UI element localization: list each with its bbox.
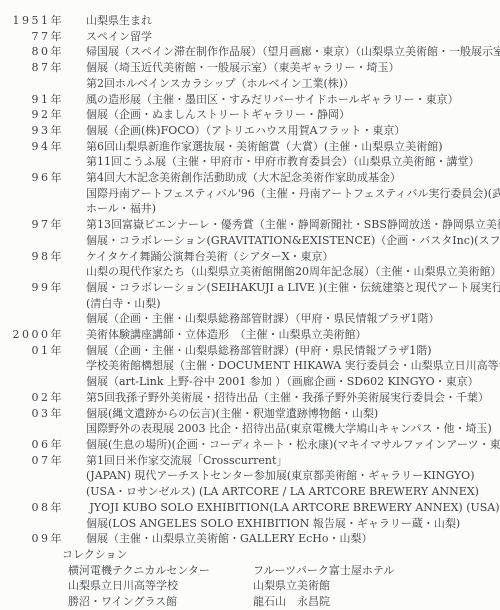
entry-year: 96年 [0, 170, 64, 186]
entry-lines: 個展(縄文遺跡からの伝言)(主催・釈迦堂遺跡博物館・山梨)国際野外の表現展 20… [86, 406, 500, 437]
entry-line: 個展・コラボレーション(GRAVITATION&EXISTENCE)（企画・バス… [86, 233, 500, 249]
entry-line: 第5回我孫子野外美術展・招待出品（主催・我孫子野外美術展実行委員会・千葉） [86, 390, 500, 406]
entry-line: 個展（企画・主催・山梨県総務部管財課）（甲府・県民情報プラザ1階） [86, 311, 500, 327]
entry-line: 第13回富嶽ビエンナーレ・優秀賞（主催・静岡新聞社・SBS静岡放送・静岡県立美術… [86, 217, 500, 233]
chronology-entry: 02年第5回我孫子野外美術展・招待出品（主催・我孫子野外美術展実行委員会・千葉） [0, 390, 500, 406]
chronology-entry: 01年個展（企画・主催・山梨県総務部管財課）(甲府・県民情報プラザ1階)学校美術… [0, 343, 500, 390]
collection-item: 山梨県立美術館 [253, 578, 330, 594]
entry-year: 99年 [0, 280, 64, 296]
entry-lines: 山梨県生まれ [86, 13, 500, 29]
entry-year: 91年 [0, 92, 64, 108]
entry-line: 学校美術館構想展（主催・DOCUMENT HIKAWA 実行委員会・山梨県立日川… [86, 358, 500, 374]
collection-title: コレクション [62, 547, 500, 563]
entry-line: 個展(縄文遺跡からの伝言)(主催・釈迦堂遺跡博物館・山梨) [86, 406, 500, 422]
collection-list: 横河電機テクニカルセンターフルーツパーク富士屋ホテル山梨県立日川高等学校山梨県立… [0, 563, 500, 610]
entry-lines: 個展（企画・ぬましんストリートギャラリー・静岡） [86, 107, 500, 123]
entry-year: 06年 [0, 437, 64, 453]
entry-year: 93年 [0, 123, 64, 139]
entry-line: 個展（art-Link 上野-谷中 2001 参加 ）（画廊企画・SD602 K… [86, 374, 500, 390]
resume-document: 1951年山梨県生まれ77年スペイン留学80年帰国展（スペイン滞在制作作品展）（… [0, 0, 500, 610]
entry-lines: 個展（企画・主催・山梨県総務部管財課）(甲府・県民情報プラザ1階)学校美術館構想… [86, 343, 500, 390]
entry-line: 美術体験講座講師・立体造形 （主催・山梨県立美術館） [86, 327, 500, 343]
chronology-entry: 2000年美術体験講座講師・立体造形 （主催・山梨県立美術館） [0, 327, 500, 343]
entry-year: 2000年 [0, 327, 64, 343]
entry-line: 個展(LOS ANGELES SOLO EXHIBITION 報告展・ギャラリー… [86, 516, 500, 532]
chronology-entry: 03年個展(縄文遺跡からの伝言)(主催・釈迦堂遺跡博物館・山梨)国際野外の表現展… [0, 406, 500, 437]
collection-item: 勝沼・ワイングラス館 [68, 594, 253, 610]
entry-line: 個展(生息の場所)(企画・コーディネート・松永康)(マキイマサルファインアーツ・… [86, 437, 500, 453]
entry-line: 個展（埼玉近代美術館・一般展示室）（東美ギャラリー・埼玉） [86, 60, 500, 76]
collection-item: フルーツパーク富士屋ホテル [253, 563, 394, 579]
entry-line: 個展（企画・主催・山梨県総務部管財課）(甲府・県民情報プラザ1階) [86, 343, 500, 359]
entry-line: 個展（企画(株)FOCO）（アトリエハウス用賀Aフラット・東京） [86, 123, 500, 139]
entry-year: 94年 [0, 139, 64, 155]
entry-line: スペイン留学 [86, 29, 500, 45]
entry-lines: 帰国展（スペイン滞在制作作品展）（望月画廊・東京）（山梨県立美術館・一般展示室） [86, 44, 500, 60]
chronology-entry: 08年 JYOJI KUBO SOLO EXHIBITION(LA ARTCOR… [0, 500, 500, 531]
entry-year: 02年 [0, 390, 64, 406]
entry-line: 個展・コラボレーション(SEIHAKUJI a LIVE )(主催・伝統建築と現… [86, 280, 500, 296]
entry-lines: 個展（主催・山梨県立美術館・GALLERY EcHo・山梨） [86, 531, 500, 547]
entry-lines: スペイン留学 [86, 29, 500, 45]
entry-lines: 美術体験講座講師・立体造形 （主催・山梨県立美術館） [86, 327, 500, 343]
entry-lines: 風の造形展（主催・墨田区・すみだリバーサイドホールギャラリー・東京） [86, 92, 500, 108]
chronology-entry: 1951年山梨県生まれ [0, 13, 500, 29]
entry-line: 第6回山梨県新進作家選抜展・美術館賞（大賞）(主催・山梨県立美術館) [86, 139, 500, 155]
collection-row: 山梨県立日川高等学校山梨県立美術館 [0, 578, 500, 594]
entry-year: 77年 [0, 29, 64, 45]
entry-lines: 第6回山梨県新進作家選抜展・美術館賞（大賞）(主催・山梨県立美術館)第11回こう… [86, 139, 500, 170]
entry-line: 第4回大木記念美術創作活動助成（大木記念美術作家助成基金） [86, 170, 500, 186]
entry-year: 98年 [0, 249, 64, 265]
chronology-entry: 93年個展（企画(株)FOCO）（アトリエハウス用賀Aフラット・東京） [0, 123, 500, 139]
entry-year: 07年 [0, 453, 64, 469]
chronology-list: 1951年山梨県生まれ77年スペイン留学80年帰国展（スペイン滞在制作作品展）（… [0, 13, 500, 547]
entry-line: 国際丹南アートフェスティバル'96（主催・丹南アートフェスティバル実行委員会)(… [86, 186, 500, 202]
chronology-entry: 07年第1回日米作家交流展「Crosscurrent」(JAPAN) 現代アーチ… [0, 453, 500, 500]
chronology-entry: 96年第4回大木記念美術創作活動助成（大木記念美術作家助成基金）国際丹南アートフ… [0, 170, 500, 217]
entry-line: 個展（企画・ぬましんストリートギャラリー・静岡） [86, 107, 500, 123]
entry-line: 個展（主催・山梨県立美術館・GALLERY EcHo・山梨） [86, 531, 500, 547]
collection-item: 横河電機テクニカルセンター [68, 563, 253, 579]
entry-line: 第11回こうふ展（主催・甲府市・甲府市教育委員会）（山梨県立美術館・講堂） [86, 154, 500, 170]
entry-lines: 個展(生息の場所)(企画・コーディネート・松永康)(マキイマサルファインアーツ・… [86, 437, 500, 453]
entry-line: ケイタケイ舞踊公演舞台美術（シアターX・東京） [86, 249, 500, 265]
entry-line: 帰国展（スペイン滞在制作作品展）（望月画廊・東京）（山梨県立美術館・一般展示室） [86, 44, 500, 60]
entry-line: 第2回ホルベインスカラシップ（ホルベイン工業(株)） [86, 76, 500, 92]
entry-year: 87年 [0, 60, 64, 76]
entry-year: 01年 [0, 343, 64, 359]
chronology-entry: 92年個展（企画・ぬましんストリートギャラリー・静岡） [0, 107, 500, 123]
entry-line: (USA・ロサンゼルス) (LA ARTCORE / LA ARTCORE BR… [86, 484, 500, 500]
entry-lines: 第4回大木記念美術創作活動助成（大木記念美術作家助成基金）国際丹南アートフェステ… [86, 170, 500, 217]
entry-lines: JYOJI KUBO SOLO EXHIBITION(LA ARTCORE BR… [86, 500, 500, 531]
collection-section: コレクション 横河電機テクニカルセンターフルーツパーク富士屋ホテル山梨県立日川高… [0, 547, 500, 610]
chronology-entry: 87年個展（埼玉近代美術館・一般展示室）（東美ギャラリー・埼玉）第2回ホルベイン… [0, 60, 500, 91]
chronology-entry: 77年スペイン留学 [0, 29, 500, 45]
collection-item: 山梨県立日川高等学校 [68, 578, 253, 594]
entry-line: 第1回日米作家交流展「Crosscurrent」 [86, 453, 500, 469]
entry-lines: 個展（企画(株)FOCO）（アトリエハウス用賀Aフラット・東京） [86, 123, 500, 139]
entry-year: 1951年 [0, 13, 64, 29]
entry-line: 山梨の現代作家たち（山梨県立美術館開館20周年記念展）（主催・山梨県立美術館） [86, 264, 500, 280]
chronology-entry: 09年個展（主催・山梨県立美術館・GALLERY EcHo・山梨） [0, 531, 500, 547]
entry-lines: 個展・コラボレーション(SEIHAKUJI a LIVE )(主催・伝統建築と現… [86, 280, 500, 327]
entry-lines: ケイタケイ舞踊公演舞台美術（シアターX・東京）山梨の現代作家たち（山梨県立美術館… [86, 249, 500, 280]
chronology-entry: 94年第6回山梨県新進作家選抜展・美術館賞（大賞）(主催・山梨県立美術館)第11… [0, 139, 500, 170]
entry-year: 97年 [0, 217, 64, 233]
entry-year: 03年 [0, 406, 64, 422]
collection-item: 龍石山 永昌院 [253, 594, 330, 610]
chronology-entry: 80年帰国展（スペイン滞在制作作品展）（望月画廊・東京）（山梨県立美術館・一般展… [0, 44, 500, 60]
collection-row: 横河電機テクニカルセンターフルーツパーク富士屋ホテル [0, 563, 500, 579]
entry-lines: 第13回富嶽ビエンナーレ・優秀賞（主催・静岡新聞社・SBS静岡放送・静岡県立美術… [86, 217, 500, 248]
entry-year: 09年 [0, 531, 64, 547]
chronology-entry: 99年個展・コラボレーション(SEIHAKUJI a LIVE )(主催・伝統建… [0, 280, 500, 327]
entry-line: (清白寺・山梨) [86, 296, 500, 312]
entry-line: ホール・福井) [86, 201, 500, 217]
chronology-entry: 98年ケイタケイ舞踊公演舞台美術（シアターX・東京）山梨の現代作家たち（山梨県立… [0, 249, 500, 280]
entry-line: (JAPAN) 現代アーチストセンター参加展(東京都美術館・ギャラリーKINGY… [86, 468, 500, 484]
entry-line: 風の造形展（主催・墨田区・すみだリバーサイドホールギャラリー・東京） [86, 92, 500, 108]
chronology-entry: 91年風の造形展（主催・墨田区・すみだリバーサイドホールギャラリー・東京） [0, 92, 500, 108]
entry-year: 92年 [0, 107, 64, 123]
entry-line: 国際野外の表現展 2003 比企・招待出品(東京電機大学鳩山キャンパス・他・埼玉… [86, 421, 500, 437]
chronology-entry: 97年第13回富嶽ビエンナーレ・優秀賞（主催・静岡新聞社・SBS静岡放送・静岡県… [0, 217, 500, 248]
entry-lines: 第5回我孫子野外美術展・招待出品（主催・我孫子野外美術展実行委員会・千葉） [86, 390, 500, 406]
chronology-entry: 06年個展(生息の場所)(企画・コーディネート・松永康)(マキイマサルファインア… [0, 437, 500, 453]
entry-year: 08年 [0, 500, 64, 516]
entry-lines: 第1回日米作家交流展「Crosscurrent」(JAPAN) 現代アーチストセ… [86, 453, 500, 500]
entry-line: 山梨県生まれ [86, 13, 500, 29]
collection-row: 勝沼・ワイングラス館龍石山 永昌院 [0, 594, 500, 610]
entry-lines: 個展（埼玉近代美術館・一般展示室）（東美ギャラリー・埼玉）第2回ホルベインスカラ… [86, 60, 500, 91]
entry-line: JYOJI KUBO SOLO EXHIBITION(LA ARTCORE BR… [86, 500, 500, 516]
entry-year: 80年 [0, 44, 64, 60]
